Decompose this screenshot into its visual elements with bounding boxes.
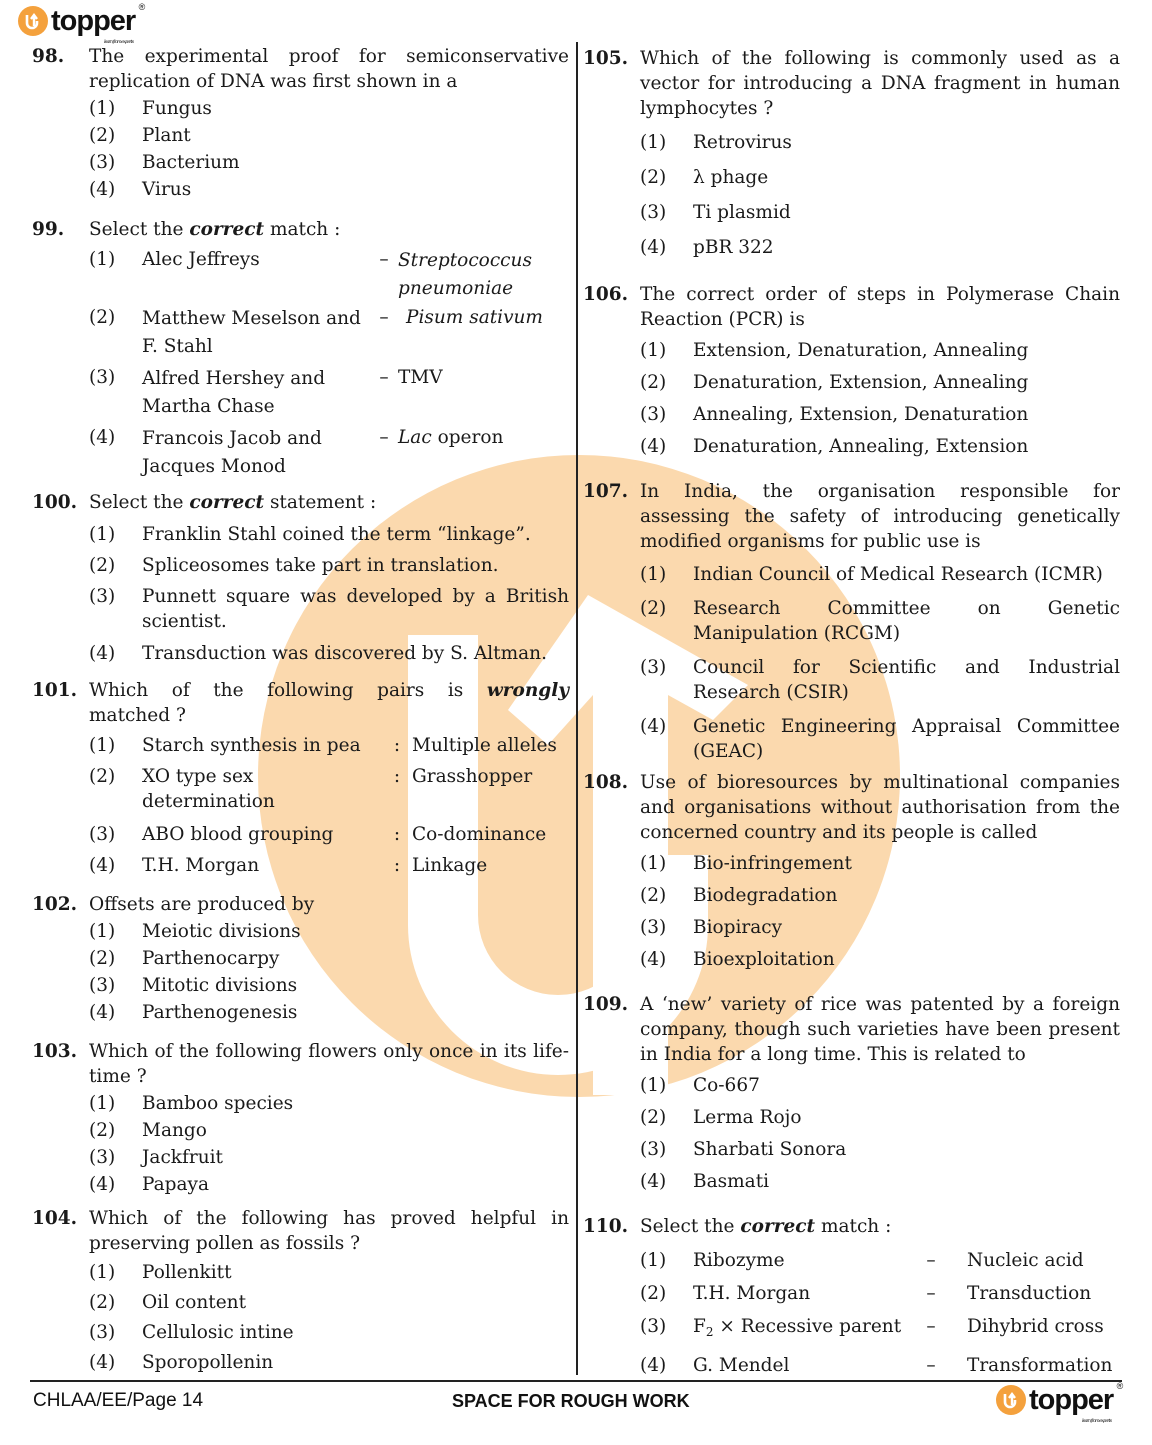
opt-a: G. Mendel xyxy=(693,1353,921,1378)
q-head: 102.Offsets are produced by xyxy=(32,892,569,917)
opt-idx: (4) xyxy=(89,641,142,666)
footer-divider xyxy=(30,1380,1122,1382)
span: Select the xyxy=(640,1216,734,1237)
opt-idx: (4) xyxy=(89,425,142,481)
opt-sep: : xyxy=(382,733,412,758)
q-text: Which of the following pairs is wronglym… xyxy=(89,678,569,728)
opt-text: Bioexploitation xyxy=(693,947,1120,972)
option[interactable]: (4)Parthenogenesis xyxy=(89,1000,569,1025)
opt-text: Parthenogenesis xyxy=(142,1000,569,1025)
span: Select the xyxy=(89,492,183,513)
q-text: The experimental proof for semiconservat… xyxy=(89,44,569,94)
q-text: In India, the organisation responsible f… xyxy=(640,479,1120,554)
opt-a: F2 × Recessive parent xyxy=(693,1314,921,1345)
option[interactable]: (4)Genetic Engineering Appraisal Committ… xyxy=(640,714,1120,764)
opt-a: T.H. Morgan xyxy=(693,1281,921,1306)
q-text: Use of bioresources by multinational com… xyxy=(640,770,1120,845)
option[interactable]: (3)Punnett square was developed by a Bri… xyxy=(89,584,569,634)
opt-a: Francois Jacob and Jacques Monod xyxy=(142,425,370,481)
rough-work-label: SPACE FOR ROUGH WORK xyxy=(452,1391,690,1412)
opt-text: Sharbati Sonora xyxy=(693,1137,1120,1162)
option[interactable]: (1)Fungus xyxy=(89,96,569,121)
option[interactable]: (1)Pollenkitt xyxy=(89,1260,569,1285)
q-text: Select the correct statement : xyxy=(89,490,569,515)
opt-text: Oil content xyxy=(142,1290,569,1315)
opt-sep: – xyxy=(370,247,398,303)
q-num: 102. xyxy=(32,892,89,917)
opt-idx: (4) xyxy=(89,1000,142,1025)
svg xyxy=(23,11,43,31)
opt-idx: (4) xyxy=(640,434,693,459)
opt-idx: (2) xyxy=(89,123,142,148)
opt-idx: (3) xyxy=(89,1145,142,1170)
opt-a: XO type sex determination xyxy=(142,764,292,814)
opt-a: Alec Jeffreys xyxy=(142,247,370,303)
opt-a: Starch synthesis in pea xyxy=(142,733,382,758)
opt-idx: (1) xyxy=(89,522,142,547)
opt-idx: (2) xyxy=(89,1290,142,1315)
match-option[interactable]: (1)Starch synthesis in pea:Multiple alle… xyxy=(89,733,569,758)
question-100: 100.Select the correct statement : (1)Fr… xyxy=(32,490,569,666)
question-102: 102.Offsets are produced by (1)Meiotic d… xyxy=(32,892,569,1025)
topper-wordmark: topper®learn from experts xyxy=(51,7,135,36)
opt-text: Mango xyxy=(142,1118,569,1143)
column-divider xyxy=(576,42,578,1375)
opt-sep: : xyxy=(382,764,412,814)
q-num: 104. xyxy=(32,1206,89,1256)
span: statement : xyxy=(270,492,376,513)
opt-idx: (3) xyxy=(640,402,693,427)
option[interactable]: (3)Ti plasmid xyxy=(640,200,1120,225)
opt-sep: – xyxy=(921,1314,941,1345)
opt-sep: – xyxy=(370,365,398,421)
q-head: 99.Select the correct match : xyxy=(32,217,569,242)
opt-sep: – xyxy=(921,1353,941,1378)
option[interactable]: (3)Biopiracy xyxy=(640,915,1120,940)
q-head: 108.Use of bioresources by multinational… xyxy=(583,770,1120,845)
q-num: 106. xyxy=(583,282,640,332)
opt-idx: (4) xyxy=(89,1172,142,1197)
span: topper xyxy=(1029,1384,1113,1416)
opt-sep: – xyxy=(921,1281,941,1306)
option[interactable]: (1)Co-667 xyxy=(640,1073,1120,1098)
opt-idx: (2) xyxy=(640,883,693,908)
opt-a: ABO blood grouping xyxy=(142,822,382,847)
q-text: Which of the following is commonly used … xyxy=(640,46,1120,121)
opt-sep: – xyxy=(921,1248,941,1273)
span: matched ? xyxy=(89,705,186,726)
opt-text: Ti plasmid xyxy=(693,200,1120,225)
opt-text: Indian Council of Medical Research (ICMR… xyxy=(693,562,1120,587)
option[interactable]: (1)Bio-infringement xyxy=(640,851,1120,876)
q-num: 103. xyxy=(32,1039,89,1089)
opt-idx: (3) xyxy=(640,1137,693,1162)
opt-idx: (1) xyxy=(89,96,142,121)
opt-text: Plant xyxy=(142,123,569,148)
option[interactable]: (3)Cellulosic intine xyxy=(89,1320,569,1345)
option[interactable]: (2)Plant xyxy=(89,123,569,148)
opt-text: Virus xyxy=(142,177,569,202)
option[interactable]: (1)Retrovirus xyxy=(640,130,1120,155)
opt-a: Alfred Hershey and Martha Chase xyxy=(142,365,370,421)
emph: wrongly xyxy=(487,680,569,701)
opt-idx: (4) xyxy=(89,853,142,878)
page-code: CHLAA/EE/Page 14 xyxy=(33,1390,203,1412)
match-option[interactable]: (2)Matthew Meselson and F. Stahl–Pisum s… xyxy=(89,305,569,361)
option[interactable]: (4)Bioexploitation xyxy=(640,947,1120,972)
opt-text: Cellulosic intine xyxy=(142,1320,569,1345)
match-option[interactable]: (3)Alfred Hershey and Martha Chase–TMV xyxy=(89,365,569,421)
span: match : xyxy=(821,1216,891,1237)
option[interactable]: (4)Transduction was discovered by S. Alt… xyxy=(89,641,569,666)
opt-text: Bio-infringement xyxy=(693,851,1120,876)
opt-text: Council for Scientific and Industrial Re… xyxy=(693,655,1120,705)
option[interactable]: (3)Annealing, Extension, Denaturation xyxy=(640,402,1120,427)
question-98: 98.The experimental proof for semiconser… xyxy=(32,44,569,202)
option[interactable]: (4)Virus xyxy=(89,177,569,202)
opt-text: Genetic Engineering Appraisal Committee … xyxy=(693,714,1120,764)
option[interactable]: (2)Oil content xyxy=(89,1290,569,1315)
option[interactable]: (3)Bacterium xyxy=(89,150,569,175)
q-head: 110.Select the correct match : xyxy=(583,1214,1120,1239)
opt-a: Matthew Meselson and F. Stahl xyxy=(142,305,370,361)
option[interactable]: (3)Jackfruit xyxy=(89,1145,569,1170)
opt-text: Lerma Rojo xyxy=(693,1105,1120,1130)
opt-text: Spliceosomes take part in translation. xyxy=(142,553,569,578)
option[interactable]: (4)Basmati xyxy=(640,1169,1120,1194)
opt-text: Annealing, Extension, Denaturation xyxy=(693,402,1120,427)
q-text: A ‘new’ variety of rice was patented by … xyxy=(640,992,1120,1067)
question-99: 99.Select the correct match : (1)Alec Je… xyxy=(32,217,569,481)
option[interactable]: (1)Bamboo species xyxy=(89,1091,569,1116)
q-text: The correct order of steps in Polymerase… xyxy=(640,282,1120,332)
tag: learn from experts xyxy=(1082,1419,1111,1424)
opt-text: Bamboo species xyxy=(142,1091,569,1116)
span: Which of the following pairs is wrongly xyxy=(89,678,569,703)
q-head: 103.Which of the following flowers only … xyxy=(32,1039,569,1089)
question-110: 110.Select the correct match : (1)Ribozy… xyxy=(583,1214,1120,1378)
opt-b: Grasshopper xyxy=(412,764,569,814)
emph: correct xyxy=(740,1216,815,1237)
reg: ® xyxy=(1117,1382,1123,1391)
opt-idx: (3) xyxy=(89,150,142,175)
q-head: 104.Which of the following has proved he… xyxy=(32,1206,569,1256)
q-text: Offsets are produced by xyxy=(89,892,569,917)
option[interactable]: (2)Spliceosomes take part in translation… xyxy=(89,553,569,578)
question-104: 104.Which of the following has proved he… xyxy=(32,1206,569,1375)
option[interactable]: (4)pBR 322 xyxy=(640,235,1120,260)
opt-idx: (2) xyxy=(89,305,142,361)
opt-idx: (2) xyxy=(89,553,142,578)
topper-logo-icon xyxy=(996,1385,1026,1415)
opt-text: λ phage xyxy=(693,165,1120,190)
opt-text: pBR 322 xyxy=(693,235,1120,260)
option[interactable]: (1)Extension, Denaturation, Annealing xyxy=(640,338,1120,363)
opt-a: T.H. Morgan xyxy=(142,853,382,878)
opt-text: Denaturation, Annealing, Extension xyxy=(693,434,1120,459)
opt-idx: (2) xyxy=(89,764,142,814)
match-option[interactable]: (4)Francois Jacob and Jacques Monod–Lac … xyxy=(89,425,569,481)
question-108: 108.Use of bioresources by multinational… xyxy=(583,770,1120,972)
opt-idx: (2) xyxy=(89,1118,142,1143)
opt-sep: – xyxy=(370,425,398,481)
match-option[interactable]: (3)ABO blood grouping:Co-dominance xyxy=(89,822,569,847)
opt-text: Retrovirus xyxy=(693,130,1120,155)
match-option[interactable]: (4)G. Mendel–Transformation xyxy=(640,1353,1120,1378)
opt-text: Bacterium xyxy=(142,150,569,175)
opt-idx: (3) xyxy=(89,822,142,847)
opt-idx: (4) xyxy=(89,177,142,202)
match-option[interactable]: (1)Ribozyme–Nucleic acid xyxy=(640,1248,1120,1273)
opt-idx: (2) xyxy=(640,1281,693,1306)
topper-logo-footer: topper®learn from experts xyxy=(996,1385,1113,1415)
q-head: 106.The correct order of steps in Polyme… xyxy=(583,282,1120,332)
opt-idx: (3) xyxy=(640,915,693,940)
option[interactable]: (3)Mitotic divisions xyxy=(89,973,569,998)
q-text: Which of the following flowers only once… xyxy=(89,1039,569,1089)
opt-idx: (2) xyxy=(89,946,142,971)
opt-idx: (1) xyxy=(640,130,693,155)
opt-sep: – xyxy=(370,305,398,361)
span: match : xyxy=(270,219,340,240)
opt-idx: (3) xyxy=(640,655,693,705)
option[interactable]: (4)Papaya xyxy=(89,1172,569,1197)
opt-idx: (1) xyxy=(89,247,142,303)
opt-idx: (4) xyxy=(89,1350,142,1375)
opt-text: Pollenkitt xyxy=(142,1260,569,1285)
opt-b: Pisum sativum xyxy=(398,305,569,361)
q-head: 98.The experimental proof for semiconser… xyxy=(32,44,569,94)
svg xyxy=(1001,1390,1021,1410)
opt-idx: (1) xyxy=(640,338,693,363)
option[interactable]: (3)Sharbati Sonora xyxy=(640,1137,1120,1162)
option[interactable]: (2)Biodegradation xyxy=(640,883,1120,908)
opt-b: Transformation xyxy=(941,1353,1120,1378)
q-num: 108. xyxy=(583,770,640,845)
q-num: 105. xyxy=(583,46,640,121)
ital: Lac xyxy=(398,427,432,448)
opt-idx: (4) xyxy=(640,1169,693,1194)
opt-idx: (1) xyxy=(640,1073,693,1098)
q-num: 110. xyxy=(583,1214,640,1239)
q-num: 100. xyxy=(32,490,89,515)
opt-text: Transduction was discovered by S. Altman… xyxy=(142,641,569,666)
opt-text: Co-667 xyxy=(693,1073,1120,1098)
span: × Recessive parent xyxy=(713,1316,901,1337)
q-text: Select the correct match : xyxy=(640,1214,1120,1239)
span: F xyxy=(693,1316,706,1337)
span: Which of the following pairs is xyxy=(89,680,463,701)
opt-text: Basmati xyxy=(693,1169,1120,1194)
opt-idx: (1) xyxy=(640,562,693,587)
question-105: 105.Which of the following is commonly u… xyxy=(583,46,1120,260)
opt-idx: (2) xyxy=(640,596,693,646)
option[interactable]: (1)Indian Council of Medical Research (I… xyxy=(640,562,1120,587)
option[interactable]: (4)Denaturation, Annealing, Extension xyxy=(640,434,1120,459)
opt-b: Co-dominance xyxy=(412,822,569,847)
match-option[interactable]: (4)T.H. Morgan:Linkage xyxy=(89,853,569,878)
opt-idx: (4) xyxy=(640,714,693,764)
opt-idx: (4) xyxy=(640,235,693,260)
reg: ® xyxy=(139,3,145,12)
emph: correct xyxy=(189,219,264,240)
opt-b: Transduction xyxy=(941,1281,1120,1306)
opt-text: Extension, Denaturation, Annealing xyxy=(693,338,1120,363)
q-num: 101. xyxy=(32,678,89,728)
question-103: 103.Which of the following flowers only … xyxy=(32,1039,569,1197)
question-106: 106.The correct order of steps in Polyme… xyxy=(583,282,1120,459)
opt-idx: (1) xyxy=(89,1260,142,1285)
opt-idx: (3) xyxy=(89,973,142,998)
opt-text: Biodegradation xyxy=(693,883,1120,908)
q-head: 100.Select the correct statement : xyxy=(32,490,569,515)
option[interactable]: (2)Parthenocarpy xyxy=(89,946,569,971)
opt-idx: (3) xyxy=(640,1314,693,1345)
option[interactable]: (4)Sporopollenin xyxy=(89,1350,569,1375)
opt-idx: (1) xyxy=(89,1091,142,1116)
option[interactable]: (2)Lerma Rojo xyxy=(640,1105,1120,1130)
opt-idx: (1) xyxy=(640,1248,693,1273)
opt-text: Biopiracy xyxy=(693,915,1120,940)
option[interactable]: (1)Franklin Stahl coined the term “linka… xyxy=(89,522,569,547)
opt-text: Fungus xyxy=(142,96,569,121)
opt-sep: : xyxy=(382,853,412,878)
match-option[interactable]: (2)T.H. Morgan–Transduction xyxy=(640,1281,1120,1306)
opt-idx: (3) xyxy=(89,584,142,634)
opt-b: Multiple alleles xyxy=(412,733,569,758)
opt-idx: (1) xyxy=(89,919,142,944)
option[interactable]: (1)Meiotic divisions xyxy=(89,919,569,944)
opt-text: Parthenocarpy xyxy=(142,946,569,971)
opt-text: Meiotic divisions xyxy=(142,919,569,944)
topper-wordmark: topper®learn from experts xyxy=(1029,1386,1113,1415)
q-text: Which of the following has proved helpfu… xyxy=(89,1206,569,1256)
q-head: 109.A ‘new’ variety of rice was patented… xyxy=(583,992,1120,1067)
q-num: 107. xyxy=(583,479,640,554)
opt-idx: (3) xyxy=(89,365,142,421)
opt-b: TMV xyxy=(398,365,569,421)
opt-idx: (1) xyxy=(640,851,693,876)
option[interactable]: (2)λ phage xyxy=(640,165,1120,190)
opt-idx: (1) xyxy=(89,733,142,758)
option[interactable]: (2)Mango xyxy=(89,1118,569,1143)
opt-b: Dihybrid cross xyxy=(941,1314,1120,1345)
q-head: 101.Which of the following pairs is wron… xyxy=(32,678,569,728)
q-num: 98. xyxy=(32,44,89,94)
match-option[interactable]: (3)F2 × Recessive parent–Dihybrid cross xyxy=(640,1314,1120,1345)
opt-idx: (4) xyxy=(640,1353,693,1378)
q-num: 109. xyxy=(583,992,640,1067)
opt-text: Franklin Stahl coined the term “linkage”… xyxy=(142,522,569,547)
opt-text: Denaturation, Extension, Annealing xyxy=(693,370,1120,395)
tag: learn from experts xyxy=(104,40,133,45)
match-option[interactable]: (2)XO type sex determination:Grasshopper xyxy=(89,764,569,814)
q-num: 99. xyxy=(32,217,89,242)
question-107: 107.In India, the organisation responsib… xyxy=(583,479,1120,764)
emph: correct xyxy=(189,492,264,513)
opt-text: Papaya xyxy=(142,1172,569,1197)
opt-idx: (3) xyxy=(89,1320,142,1345)
opt-a: Ribozyme xyxy=(693,1248,921,1273)
opt-text: Jackfruit xyxy=(142,1145,569,1170)
option[interactable]: (2)Research Committee on Genetic Manipul… xyxy=(640,596,1120,646)
option[interactable]: (2)Denaturation, Extension, Annealing xyxy=(640,370,1120,395)
opt-idx: (2) xyxy=(640,1105,693,1130)
q-head: 107.In India, the organisation responsib… xyxy=(583,479,1120,554)
opt-b: Lac operon xyxy=(398,425,569,481)
question-101: 101.Which of the following pairs is wron… xyxy=(32,678,569,878)
opt-idx: (3) xyxy=(640,200,693,225)
opt-sep: : xyxy=(382,822,412,847)
opt-text: Punnett square was developed by a Britis… xyxy=(142,584,569,634)
option[interactable]: (3)Council for Scientific and Industrial… xyxy=(640,655,1120,705)
span: operon xyxy=(432,427,504,448)
q-text: Select the correct match : xyxy=(89,217,569,242)
span: Select the xyxy=(89,219,183,240)
opt-text: Research Committee on Genetic Manipulati… xyxy=(693,596,1120,646)
opt-b: Linkage xyxy=(412,853,569,878)
opt-idx: (2) xyxy=(640,165,693,190)
span: topper xyxy=(51,5,135,37)
opt-b: Streptococcus pneumoniae xyxy=(398,247,569,303)
topper-logo-icon xyxy=(18,6,48,36)
opt-text: Sporopollenin xyxy=(142,1350,569,1375)
question-109: 109.A ‘new’ variety of rice was patented… xyxy=(583,992,1120,1194)
opt-b: Nucleic acid xyxy=(941,1248,1120,1273)
match-option[interactable]: (1)Alec Jeffreys–Streptococcus pneumonia… xyxy=(89,247,569,303)
opt-idx: (4) xyxy=(640,947,693,972)
opt-idx: (2) xyxy=(640,370,693,395)
opt-text: Mitotic divisions xyxy=(142,973,569,998)
q-head: 105.Which of the following is commonly u… xyxy=(583,46,1120,121)
topper-logo: topper®learn from experts xyxy=(18,6,135,36)
